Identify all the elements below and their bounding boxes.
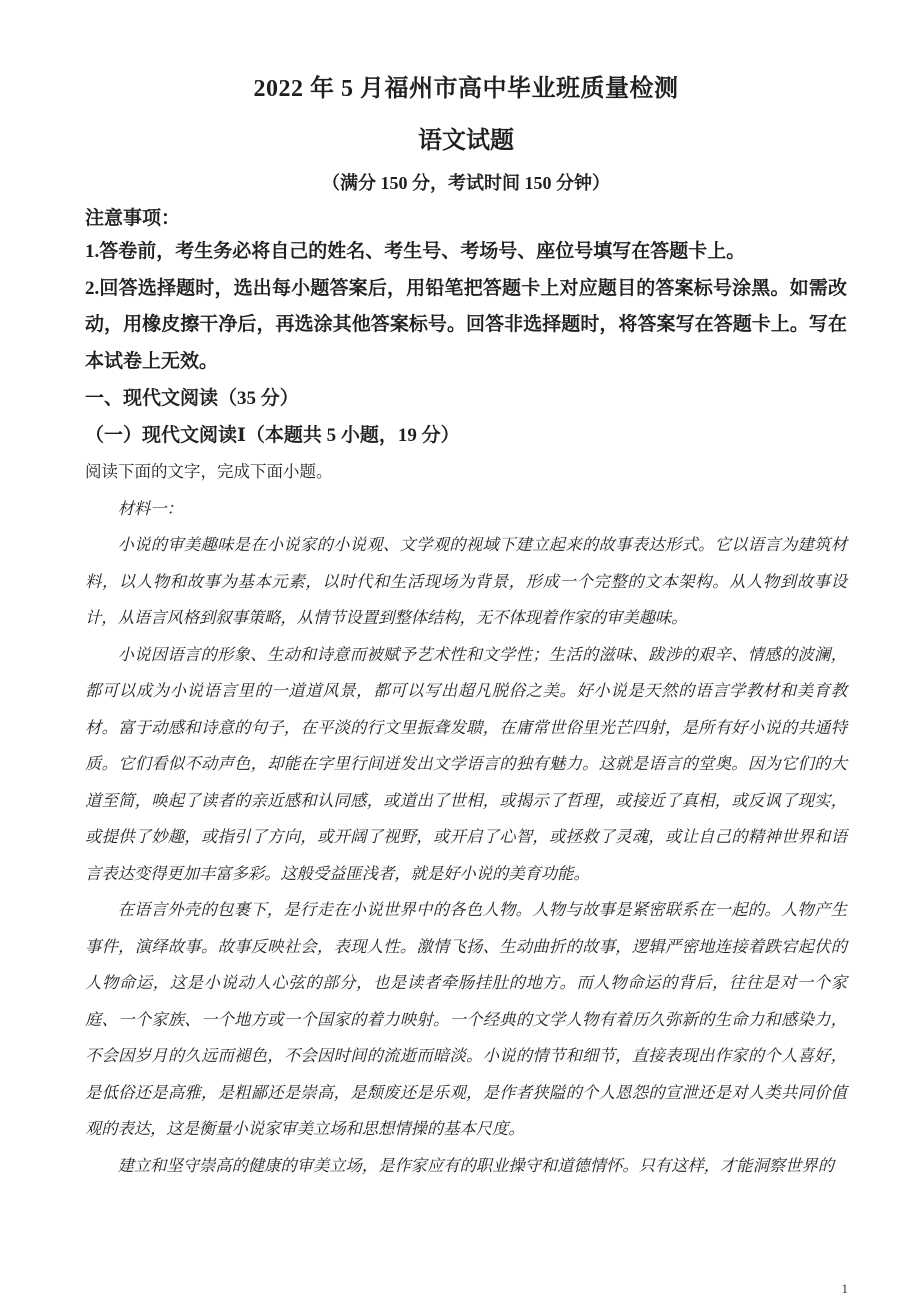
notice-item: 1.答卷前，考生务必将自己的姓名、考生号、考场号、座位号填写在答题卡上。	[85, 234, 847, 271]
document-subtitle: 语文试题	[85, 126, 847, 156]
material-paragraph: 小说的审美趣味是在小说家的小说观、文学观的视域下建立起来的故事表达形式。它以语言…	[85, 527, 847, 637]
page-content: 2022 年 5 月福州市高中毕业班质量检测 语文试题 （满分 150 分，考试…	[85, 0, 847, 1184]
notice-item: 2.回答选择题时，选出每小题答案后，用铅笔把答题卡上对应题目的答案标号涂黑。如需…	[85, 271, 847, 381]
material-one-label: 材料一：	[85, 491, 847, 528]
notice-heading: 注意事项：	[85, 206, 847, 232]
page-number: 1	[842, 1282, 849, 1296]
exam-info: （满分 150 分，考试时间 150 分钟）	[85, 170, 847, 196]
reading-instruction: 阅读下面的文字，完成下面小题。	[85, 454, 847, 491]
material-paragraph: 在语言外壳的包裹下，是行走在小说世界中的各色人物。人物与故事是紧密联系在一起的。…	[85, 892, 847, 1148]
material-paragraph: 小说因语言的形象、生动和诗意而被赋予艺术性和文学性；生活的滋味、跋涉的艰辛、情感…	[85, 637, 847, 893]
section-subheading-reading-1: （一）现代文阅读Ⅰ（本题共 5 小题，19 分）	[85, 417, 847, 454]
section-heading-modern-reading: 一、现代文阅读（35 分）	[85, 380, 847, 417]
notice-list: 1.答卷前，考生务必将自己的姓名、考生号、考场号、座位号填写在答题卡上。2.回答…	[85, 234, 847, 380]
document-title: 2022 年 5 月福州市高中毕业班质量检测	[85, 74, 847, 104]
material-paragraph: 建立和坚守崇高的健康的审美立场，是作家应有的职业操守和道德情怀。只有这样，才能洞…	[85, 1148, 847, 1185]
exam-paper-page: 2022 年 5 月福州市高中毕业班质量检测 语文试题 （满分 150 分，考试…	[0, 0, 920, 1302]
material-paragraphs: 小说的审美趣味是在小说家的小说观、文学观的视域下建立起来的故事表达形式。它以语言…	[85, 527, 847, 1184]
